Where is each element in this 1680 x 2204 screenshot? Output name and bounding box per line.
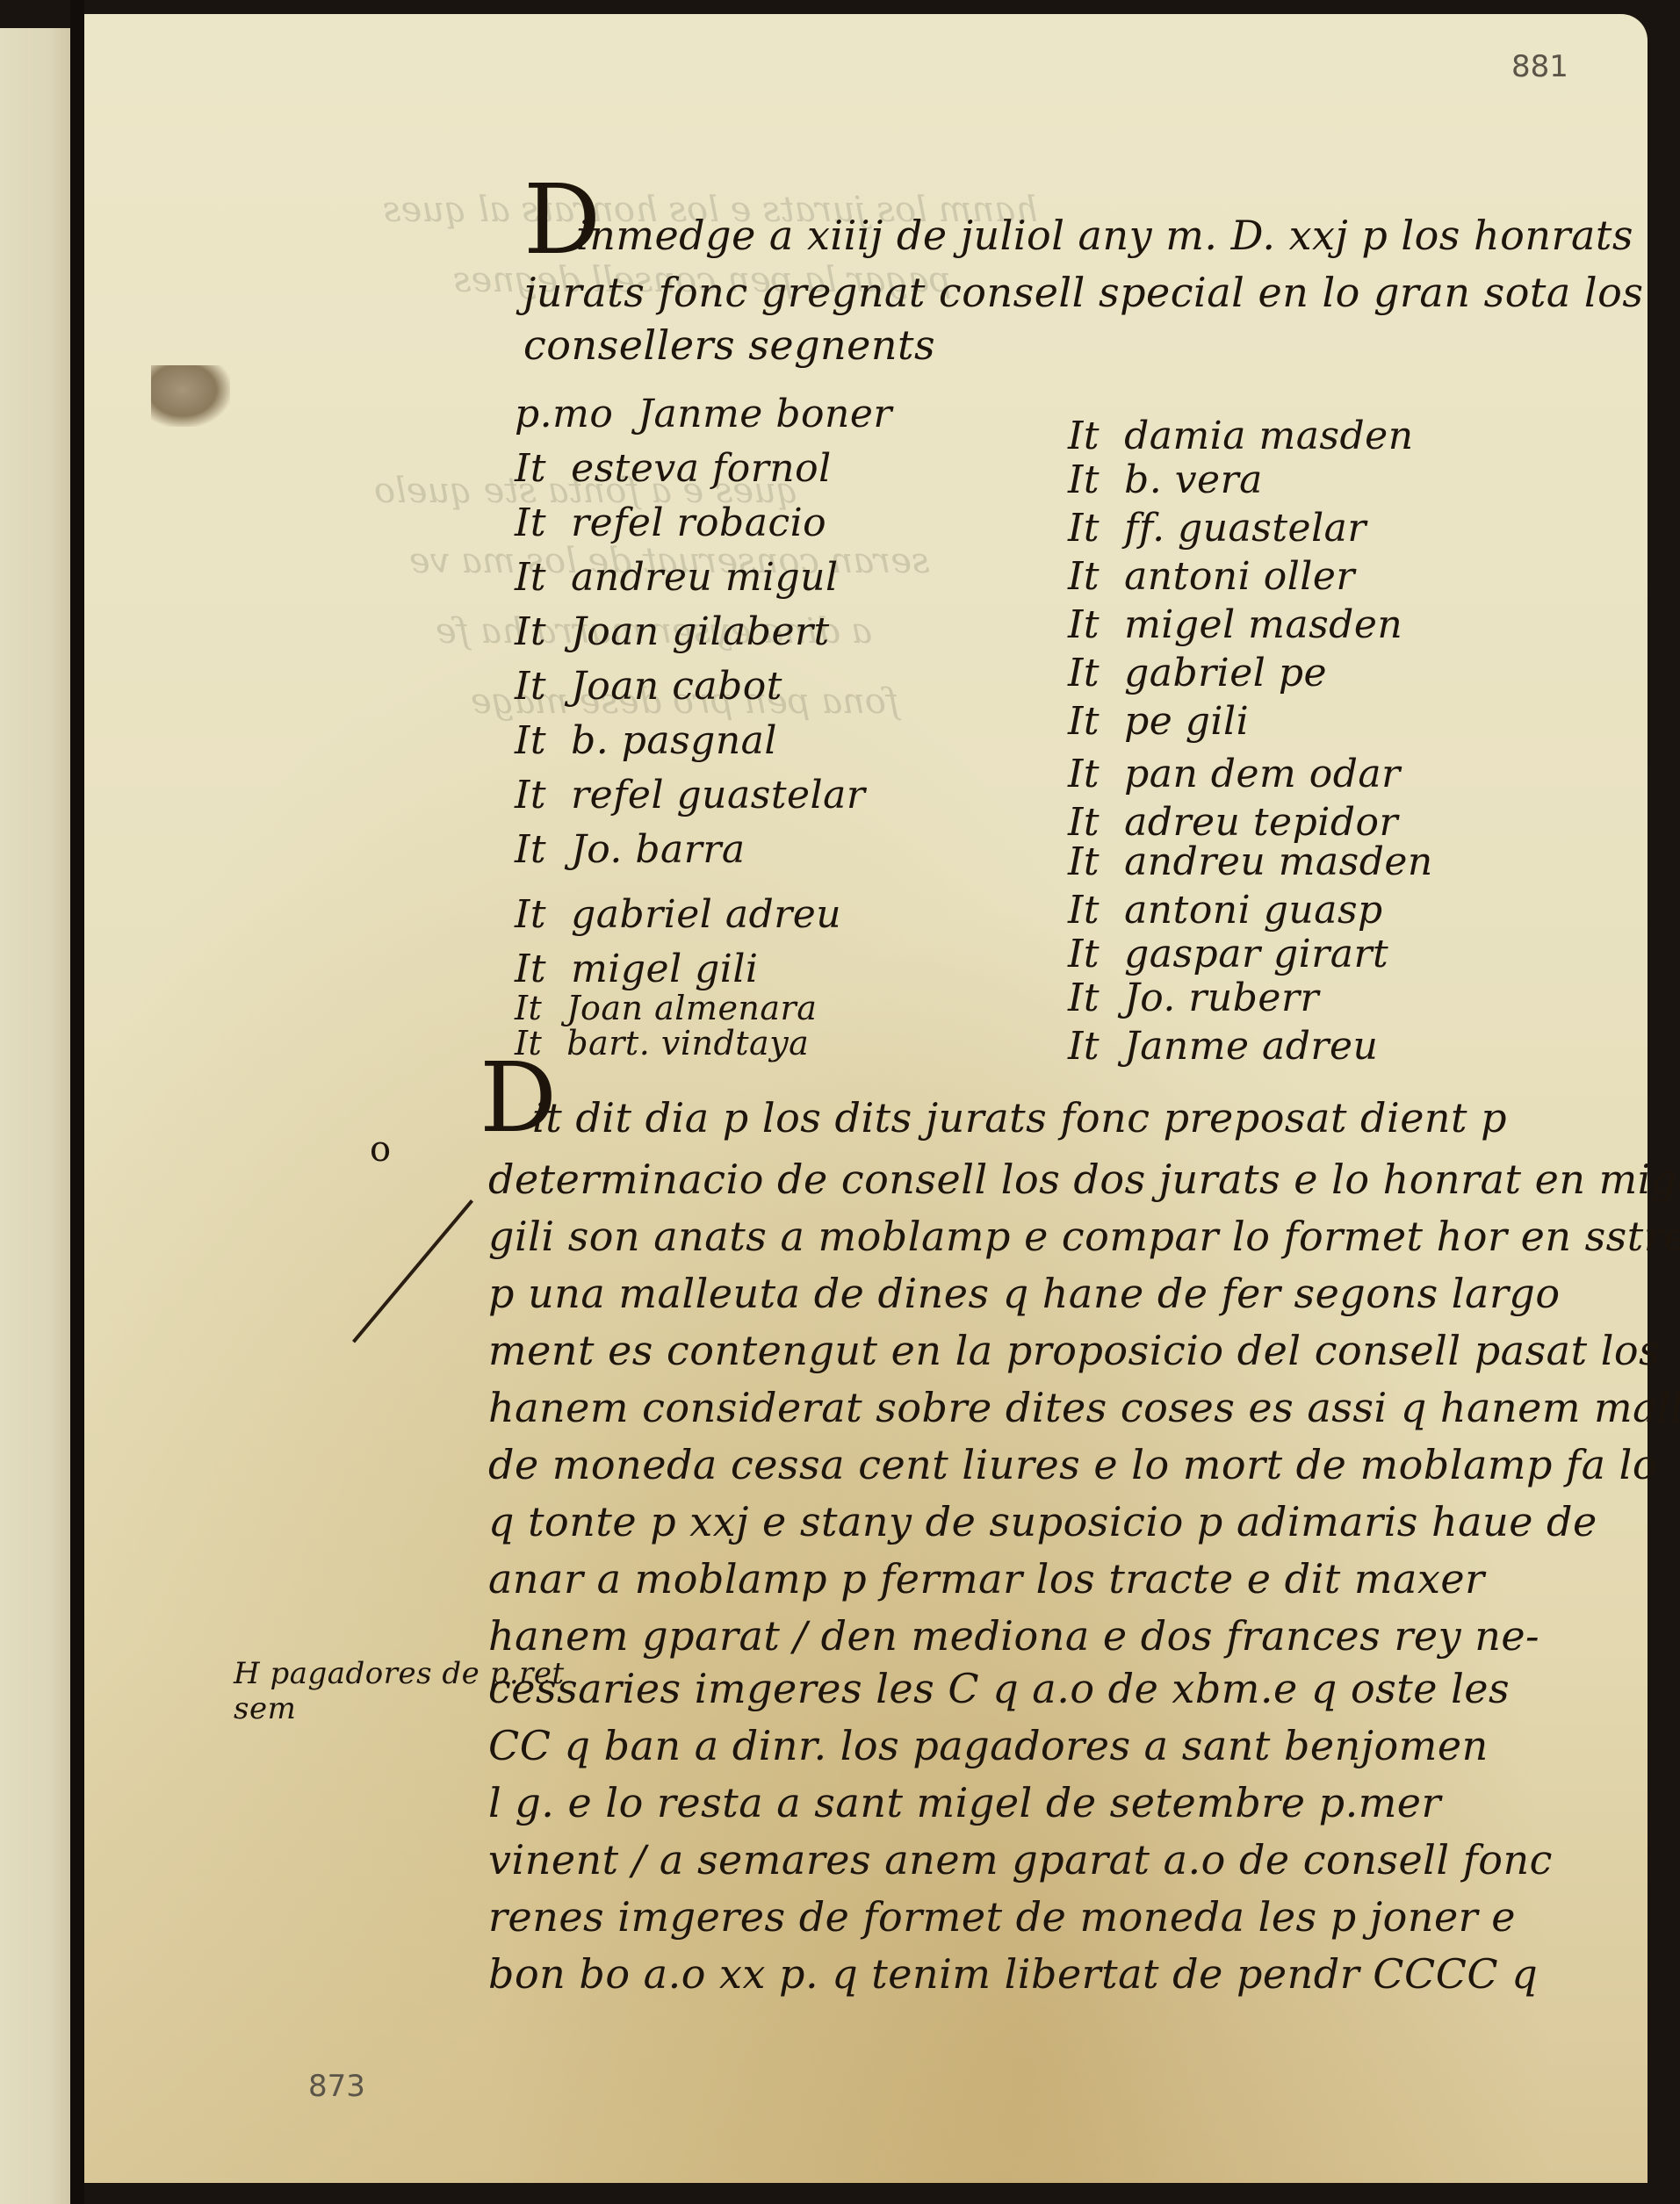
list-item: Itantoni oller	[1068, 554, 1355, 599]
entry2-line: ment es contengut en la proposicio del c…	[488, 1327, 1660, 1374]
entry2-line: p una malleuta de dines q hane de fer se…	[488, 1270, 1561, 1317]
entry2-line: anar a moblamp p fermar los tracte e dit…	[488, 1555, 1485, 1603]
list-item: Itandreu migul	[515, 555, 839, 600]
list-item: Itgaspar girart	[1068, 932, 1388, 976]
entry1-line: consellers segnents	[523, 321, 935, 369]
list-item: Itpan dem odar	[1068, 752, 1401, 796]
list-item: ItJanme adreu	[1068, 1024, 1378, 1069]
list-item: Itandreu masden	[1068, 839, 1433, 884]
list-item: ItJoan cabot	[515, 664, 782, 709]
list-item: Itbart. vindtaya	[515, 1024, 809, 1062]
list-item: Itgabriel adreu	[515, 892, 841, 937]
entry1-line: jurats fonc gregnat consell special en l…	[523, 269, 1643, 316]
entry2-line: l g. e lo resta a sant migel de setembre…	[488, 1779, 1441, 1826]
entry2-line: hanem gparat / den mediona e dos frances…	[488, 1612, 1539, 1660]
manuscript-page: hanm los jurats e los honrats al ques pa…	[84, 14, 1648, 2183]
entry2-line: de moneda cessa cent liures e lo mort de…	[488, 1441, 1657, 1488]
list-item: Itrefel guastelar	[515, 773, 865, 817]
entry2-line: it dit dia p los dits jurats fonc prepos…	[532, 1094, 1507, 1142]
margin-note: sem	[234, 1691, 296, 1726]
list-item: Itesteva fornol	[515, 446, 832, 491]
list-item: ItJoan gilabert	[515, 609, 830, 654]
entry2-line: hanem considerat sobre dites coses es as…	[488, 1384, 1680, 1431]
list-item: Itff. guastelar	[1068, 506, 1366, 551]
list-item: Itgabriel pe	[1068, 651, 1327, 695]
entry1-line: inmedge a xiiij de juliol any m. D. xxj …	[576, 212, 1633, 259]
list-item: Itrefel robacio	[515, 501, 826, 545]
entry2-line: gili son anats a moblamp e compar lo for…	[488, 1213, 1680, 1260]
list-item: Itpe gili	[1068, 699, 1249, 744]
list-item: Itmigel masden	[1068, 602, 1402, 647]
entry2-line: cessaries imgeres les C q a.o de xbm.e q…	[488, 1665, 1510, 1712]
list-item: p.moJanme boner	[515, 392, 892, 436]
binding-gutter	[70, 0, 84, 2204]
list-item: Itb. vera	[1068, 457, 1263, 502]
list-item: Itb. pasgnal	[515, 718, 777, 763]
list-item: Itmigel gili	[515, 947, 759, 991]
binding-thread	[151, 365, 230, 427]
folio-number: 881	[1511, 49, 1568, 84]
margin-note: H pagadores de p.ret	[234, 1656, 565, 1691]
entry2-line: CC q ban a dinr. los pagadores a sant be…	[488, 1722, 1489, 1769]
margin-circle-mark: o	[370, 1129, 392, 1170]
list-item: ItJo. barra	[515, 827, 746, 872]
list-item: ItJoan almenara	[515, 989, 817, 1027]
list-item: ItJo. ruberr	[1068, 976, 1319, 1020]
pencil-folio-number: 873	[308, 2069, 365, 2104]
list-item: Itadreu tepidor	[1068, 800, 1398, 845]
entry2-line: vinent / a semares anem gparat a.o de co…	[488, 1836, 1553, 1883]
list-item: Itdamia masden	[1068, 414, 1414, 458]
list-item: Itantoni guasp	[1068, 888, 1383, 933]
entry2-line: renes imgeres de formet de moneda les p …	[488, 1893, 1516, 1941]
entry2-line: q tonte p xxj e stany de suposicio p adi…	[488, 1498, 1597, 1545]
entry2-line: determinacio de consell los dos jurats e…	[488, 1156, 1680, 1203]
facing-page-edge	[0, 28, 70, 2204]
entry2-line: bon bo a.o xx p. q tenim libertat de pen…	[488, 1950, 1538, 1998]
margin-slash-mark	[352, 1199, 473, 1343]
